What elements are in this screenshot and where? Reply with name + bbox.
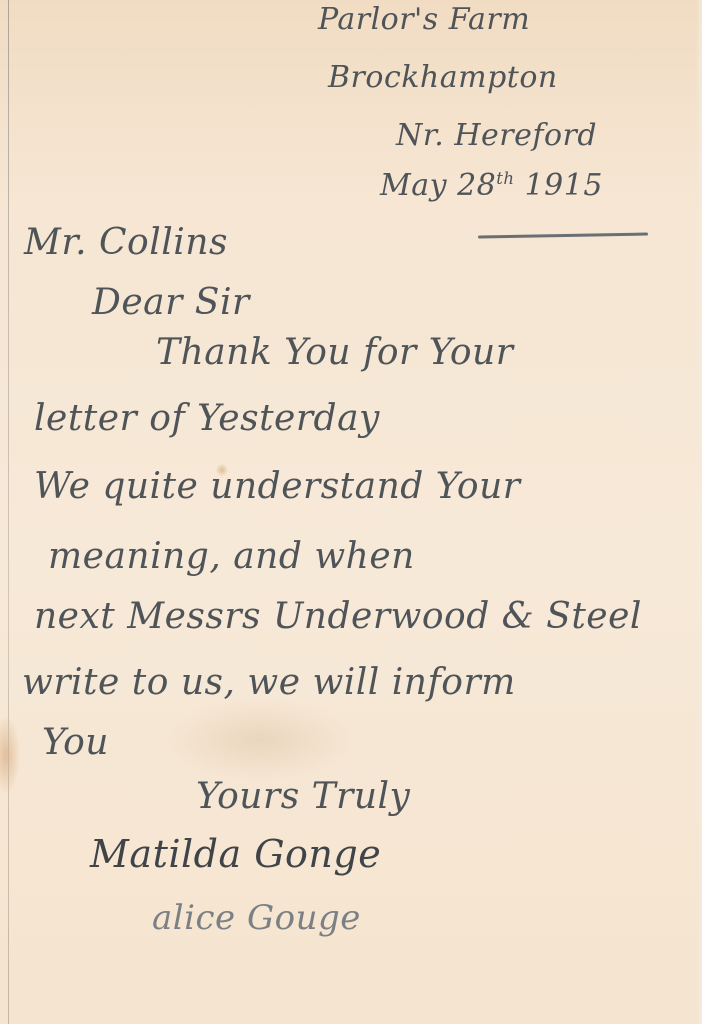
body-line-7: You — [42, 722, 109, 763]
body-line-2: letter of Yesterday — [34, 398, 380, 439]
body-line-5: next Messrs Underwood & Steel — [34, 596, 642, 637]
paper-fold-line — [8, 0, 9, 1024]
date-ordinal: th — [496, 169, 514, 188]
address-line-3: Nr. Hereford — [396, 118, 597, 153]
letter-page: Parlor's Farm Brockhampton Nr. Hereford … — [0, 0, 702, 1024]
closing: Yours Truly — [196, 776, 410, 817]
recipient-name: Mr. Collins — [24, 222, 228, 263]
body-line-6: write to us, we will inform — [22, 662, 516, 703]
paper-edge — [696, 0, 702, 1024]
date-day: May 28 — [380, 168, 496, 203]
greeting: Dear Sir — [92, 282, 250, 323]
address-line-2: Brockhampton — [328, 60, 558, 95]
signature-alice: alice Gouge — [152, 898, 361, 938]
signature-matilda: Matilda Gonge — [90, 832, 381, 876]
letter-date: May 28th 1915 — [380, 168, 603, 203]
body-line-3: We quite understand Your — [34, 466, 521, 507]
address-line-1: Parlor's Farm — [318, 2, 530, 37]
date-underline — [478, 233, 648, 239]
body-line-4: meaning, and when — [48, 536, 415, 577]
body-line-1: Thank You for Your — [156, 332, 513, 373]
date-year: 1915 — [515, 168, 603, 203]
